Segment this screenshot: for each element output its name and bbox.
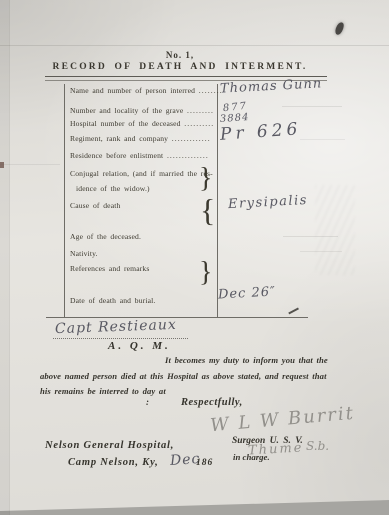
label-text: Hospital number of the deceased — [70, 119, 181, 128]
label-text: Name and number of person interred — [70, 86, 195, 95]
hospital-name: Nelson General Hospital, — [45, 440, 174, 452]
in-charge-label: in charge. — [233, 453, 270, 463]
field-label-age: Age of the deceased. — [70, 232, 141, 241]
field-label-date: Date of death and burial. — [70, 296, 155, 305]
form-number: No. 1, — [0, 50, 360, 60]
place-line: Camp Nelson, Ky, — [68, 457, 159, 469]
field-label-references: References and remarks — [70, 264, 149, 273]
faint-rule — [300, 251, 342, 252]
curly-brace-glyph: } — [199, 259, 212, 287]
body-line-1: It becomes my duty to inform you that th… — [165, 356, 328, 365]
label-text: Number and locality of the grave — [70, 106, 183, 115]
dotted-underline — [53, 337, 188, 339]
field-label-regiment: Regiment, rank and company ............. — [70, 134, 211, 143]
label-text: Residence before enlistment — [70, 151, 163, 160]
field-label-residence: Residence before enlistment ............… — [70, 151, 209, 160]
leader-dots: ............. — [172, 134, 211, 143]
field-label-hospital-number: Hospital number of the deceased ........… — [70, 119, 214, 128]
faint-rule — [283, 236, 338, 237]
leader-dots: ......... — [187, 106, 214, 115]
field-label-cause-of-death: Cause of death — [70, 201, 120, 210]
field-label-conjugal-1: Conjugal relation, (and if married the r… — [70, 169, 213, 178]
field-label-conjugal-2: idence of the widow.) — [76, 184, 150, 193]
faint-rule — [282, 106, 342, 107]
field-label-nativity: Nativity. — [70, 249, 98, 258]
table-column-divider — [217, 84, 218, 317]
left-fold-crease — [0, 164, 60, 165]
curly-brace-glyph: } — [199, 165, 212, 193]
leader-dots: .......... — [184, 119, 214, 128]
curly-brace-glyph: { — [200, 194, 215, 226]
closing-respectfully: Respectfully, — [181, 397, 243, 409]
table-bottom-border — [46, 317, 308, 318]
scanned-document: No. 1, RECORD OF DEATH AND INTERMENT. Na… — [0, 0, 389, 515]
body-line-3: his remains be interred to day at — [40, 387, 166, 396]
edge-mark — [0, 162, 4, 168]
leader-dots: .............. — [167, 151, 209, 160]
handwritten-addressee-name: Capt Restieaux — [55, 318, 177, 336]
left-fold-band — [0, 0, 9, 515]
label-text: Regiment, rank and company — [70, 134, 168, 143]
colon-mark: : — [146, 398, 149, 408]
addressee-title: A. Q. M. — [108, 340, 171, 352]
table-left-border — [64, 84, 65, 317]
countersign-initials: S.b. — [306, 440, 329, 452]
field-label-grave: Number and locality of the grave .......… — [70, 106, 214, 115]
year-prefix: 186 — [196, 458, 213, 468]
document-title: RECORD OF DEATH AND INTERMENT. — [0, 62, 360, 72]
field-label-name: Name and number of person interred .....… — [70, 86, 223, 95]
ghost-smudge — [315, 185, 355, 275]
vertical-crease — [9, 0, 10, 515]
body-line-2: above named person died at this Hospital… — [40, 372, 327, 381]
handwritten-cause-of-death: Erysipalis — [228, 194, 309, 211]
faint-rule — [300, 139, 345, 140]
handwritten-date-value: Dec 26″ — [218, 285, 277, 301]
top-fold-crease — [0, 45, 389, 46]
